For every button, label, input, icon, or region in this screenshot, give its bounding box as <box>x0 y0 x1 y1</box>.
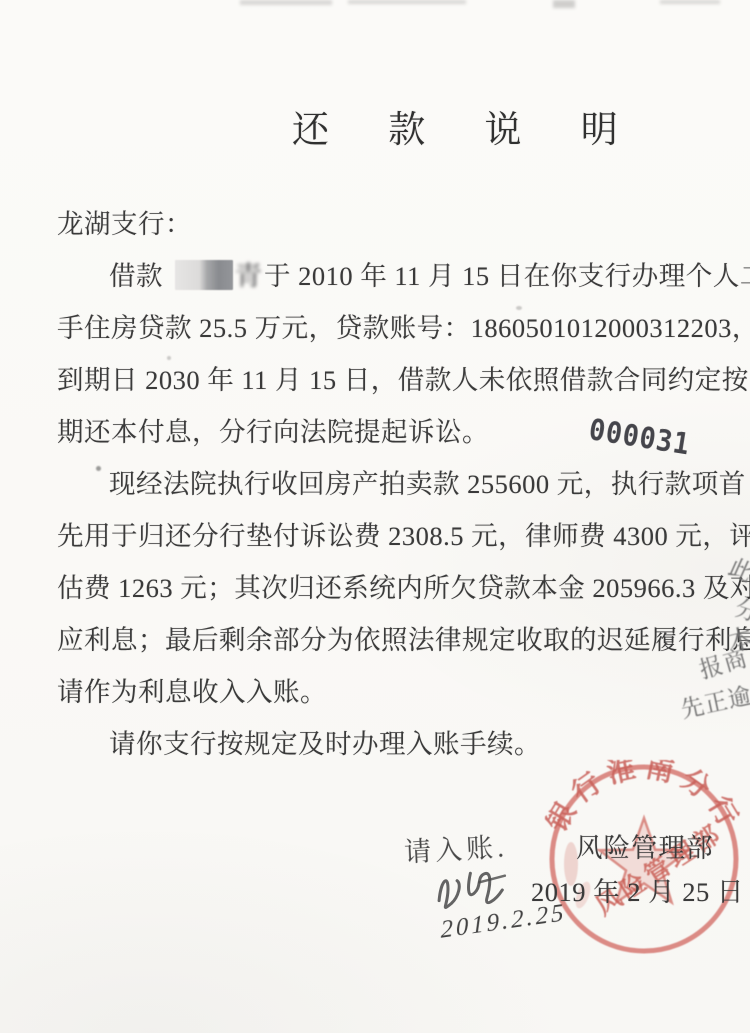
redacted-line-suffix: 于 2010 年 11 月 15 日在你支行办理个人二 <box>264 261 750 291</box>
redaction-block <box>175 260 233 290</box>
body-line: 手住房贷款 25.5 万元，贷款账号：1860501012000312203， <box>57 302 717 354</box>
redacted-line-prefix: 借款 <box>109 261 163 291</box>
document-date: 2019 年 2 月 25 日 <box>531 866 744 918</box>
scan-smudge <box>553 0 575 8</box>
body-line-redacted: 借款青于 2010 年 11 月 15 日在你支行办理个人二 <box>57 250 750 302</box>
document-title: 还 款 说 明 <box>292 99 643 153</box>
body-line: 请作为利息收入入账。 <box>57 666 717 718</box>
scan-smudge <box>240 0 332 5</box>
salutation: 龙湖支行： <box>57 198 717 250</box>
scan-smudge <box>660 0 720 4</box>
body-line: 应利息；最后剩余部分为依照法律规定收取的迟延履行利息， <box>57 614 717 666</box>
body-line: 先用于归还分行垫付诉讼费 2308.5 元，律师费 4300 元，评 <box>57 510 717 562</box>
body-line: 到期日 2030 年 11 月 15 日，借款人未依照借款合同约定按 <box>57 354 717 406</box>
scan-smudge <box>348 0 466 4</box>
document-page: 还 款 说 明 龙湖支行： 借款青于 2010 年 11 月 15 日在你支行办… <box>0 0 750 1033</box>
body-line: 估费 1263 元；其次归还系统内所欠贷款本金 205966.3 及对 <box>57 562 717 614</box>
redacted-partial-char: 青 <box>234 250 262 302</box>
body-line: 现经法院执行收回房产拍卖款 255600 元，执行款项首 <box>57 458 750 510</box>
